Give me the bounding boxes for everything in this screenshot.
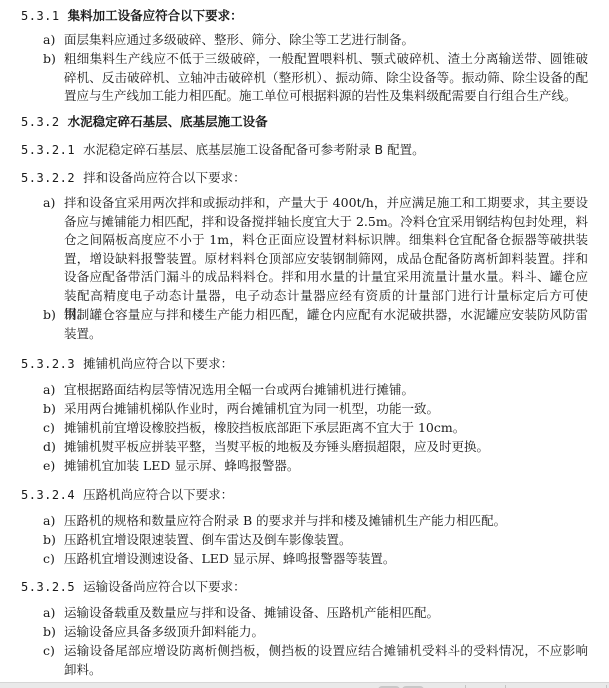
list-item: c) 运输设备尾部应增设防离析侧挡板，侧挡板的设置应结合摊铺机受料斗的受料情况，… bbox=[43, 642, 588, 679]
list-item: c) 压路机宜增设测速设备、LED 显示屏、蜂鸣报警器等装置。 bbox=[43, 550, 588, 569]
section-heading-5-3-2-3: 5.3.2.3摊铺机尚应符合以下要求： bbox=[21, 356, 233, 372]
item-label: a) bbox=[43, 512, 63, 531]
section-title: 摊铺机尚应符合以下要求： bbox=[83, 356, 233, 371]
item-text: 粗细集料生产线应不低于三级破碎，一般配置喂料机、颚式破碎机、渣土分离输送带、圆锥… bbox=[64, 50, 588, 106]
section-title: 拌和设备尚应符合以下要求： bbox=[83, 170, 246, 185]
list-item: d) 摊铺机熨平板应拼装平整，当熨平板的地板及夯锤头磨损超限，应及时更换。 bbox=[43, 438, 588, 457]
item-text: 运输设备尾部应增设防离析侧挡板，侧挡板的设置应结合摊铺机受料斗的受料情况，不应影… bbox=[64, 642, 588, 679]
section-heading-5-3-2-1: 5.3.2.1水泥稳定碎石基层、底基层施工设备配备可参考附录 B 配置。 bbox=[21, 142, 425, 158]
list-item: e) 摊铺机宜加装 LED 显示屏、蜂鸣报警器。 bbox=[43, 457, 588, 476]
item-label: a) bbox=[43, 604, 63, 623]
list-item: c) 摊铺机前宜增设橡胶挡板，橡胶挡板底部距下承层距离不宜大于 10cm。 bbox=[43, 419, 588, 438]
item-text: 摊铺机宜加装 LED 显示屏、蜂鸣报警器。 bbox=[64, 457, 588, 476]
section-title: 水泥稳定碎石基层、底基层施工设备配备可参考附录 B 配置。 bbox=[83, 142, 425, 157]
section-title: 水泥稳定碎石基层、底基层施工设备 bbox=[68, 114, 268, 129]
item-label: a) bbox=[43, 381, 63, 400]
item-label: b) bbox=[43, 531, 63, 550]
section-title: 压路机尚应符合以下要求： bbox=[83, 487, 233, 502]
item-label: c) bbox=[43, 642, 63, 661]
item-label: c) bbox=[43, 550, 63, 569]
item-text: 压路机宜增设测速设备、LED 显示屏、蜂鸣报警器等装置。 bbox=[64, 550, 588, 569]
item-label: a) bbox=[43, 31, 63, 50]
list-item: b) 采用两台摊铺机梯队作业时，两台摊铺机宜为同一机型，功能一致。 bbox=[43, 400, 588, 419]
item-text: 钢制罐仓容量应与拌和楼生产能力相匹配，罐仓内应配有水泥破拱器，水泥罐应安装防风防… bbox=[64, 306, 588, 343]
section-heading-5-3-2-5: 5.3.2.5运输设备尚应符合以下要求： bbox=[21, 579, 246, 595]
viewer-toolbar bbox=[0, 682, 609, 688]
list-item: a) 宜根据路面结构层等情况选用全幅一台或两台摊铺机进行摊铺。 bbox=[43, 381, 588, 400]
item-text: 摊铺机前宜增设橡胶挡板，橡胶挡板底部距下承层距离不宜大于 10cm。 bbox=[64, 419, 588, 438]
item-text: 宜根据路面结构层等情况选用全幅一台或两台摊铺机进行摊铺。 bbox=[64, 381, 588, 400]
section-heading-5-3-2: 5.3.2水泥稳定碎石基层、底基层施工设备 bbox=[21, 114, 268, 130]
item-label: c) bbox=[43, 419, 63, 438]
item-text: 采用两台摊铺机梯队作业时，两台摊铺机宜为同一机型，功能一致。 bbox=[64, 400, 588, 419]
section-heading-5-3-2-2: 5.3.2.2拌和设备尚应符合以下要求： bbox=[21, 170, 246, 186]
item-label: b) bbox=[43, 50, 63, 69]
item-text: 拌和设备宜采用两次拌和或振动拌和，产量大于 400t/h，并应满足施工和工期要求… bbox=[64, 194, 588, 324]
section-title: 集料加工设备应符合以下要求： bbox=[68, 8, 243, 23]
section-number: 5.3.2.4 bbox=[21, 487, 75, 503]
list-item: a) 拌和设备宜采用两次拌和或振动拌和，产量大于 400t/h，并应满足施工和工… bbox=[43, 194, 588, 324]
section-number: 5.3.2.3 bbox=[21, 356, 75, 372]
item-text: 运输设备载重及数量应与拌和设备、摊铺设备、压路机产能相匹配。 bbox=[64, 604, 588, 623]
item-text: 面层集料应通过多级破碎、整形、筛分、除尘等工艺进行制备。 bbox=[64, 31, 588, 50]
item-text: 压路机宜增设限速装置、倒车雷达及倒车影像装置。 bbox=[64, 531, 588, 550]
item-label: b) bbox=[43, 306, 63, 325]
list-item: a) 压路机的规格和数量应符合附录 B 的要求并与拌和楼及摊铺机生产能力相匹配。 bbox=[43, 512, 588, 531]
section-number: 5.3.2.2 bbox=[21, 170, 75, 186]
section-number: 5.3.1 bbox=[21, 8, 60, 24]
list-item: b) 运输设备应具备多级顶升卸料能力。 bbox=[43, 623, 588, 642]
item-label: d) bbox=[43, 438, 63, 457]
section-heading-5-3-1: 5.3.1集料加工设备应符合以下要求： bbox=[21, 8, 243, 24]
item-label: a) bbox=[43, 194, 63, 213]
item-label: b) bbox=[43, 623, 63, 642]
item-label: e) bbox=[43, 457, 63, 476]
list-item: b) 压路机宜增设限速装置、倒车雷达及倒车影像装置。 bbox=[43, 531, 588, 550]
item-text: 摊铺机熨平板应拼装平整，当熨平板的地板及夯锤头磨损超限，应及时更换。 bbox=[64, 438, 588, 457]
section-heading-5-3-2-4: 5.3.2.4压路机尚应符合以下要求： bbox=[21, 487, 233, 503]
section-number: 5.3.2.1 bbox=[21, 142, 75, 158]
document-page: 5.3.1集料加工设备应符合以下要求： a) 面层集料应通过多级破碎、整形、筛分… bbox=[0, 0, 609, 682]
item-text: 压路机的规格和数量应符合附录 B 的要求并与拌和楼及摊铺机生产能力相匹配。 bbox=[64, 512, 588, 531]
section-number: 5.3.2 bbox=[21, 114, 60, 130]
item-text: 运输设备应具备多级顶升卸料能力。 bbox=[64, 623, 588, 642]
list-item: b) 粗细集料生产线应不低于三级破碎，一般配置喂料机、颚式破碎机、渣土分离输送带… bbox=[43, 50, 588, 106]
item-label: b) bbox=[43, 400, 63, 419]
list-item: a) 运输设备载重及数量应与拌和设备、摊铺设备、压路机产能相匹配。 bbox=[43, 604, 588, 623]
list-item: b) 钢制罐仓容量应与拌和楼生产能力相匹配，罐仓内应配有水泥破拱器，水泥罐应安装… bbox=[43, 306, 588, 343]
list-item: a) 面层集料应通过多级破碎、整形、筛分、除尘等工艺进行制备。 bbox=[43, 31, 588, 50]
section-number: 5.3.2.5 bbox=[21, 579, 75, 595]
section-title: 运输设备尚应符合以下要求： bbox=[83, 579, 246, 594]
